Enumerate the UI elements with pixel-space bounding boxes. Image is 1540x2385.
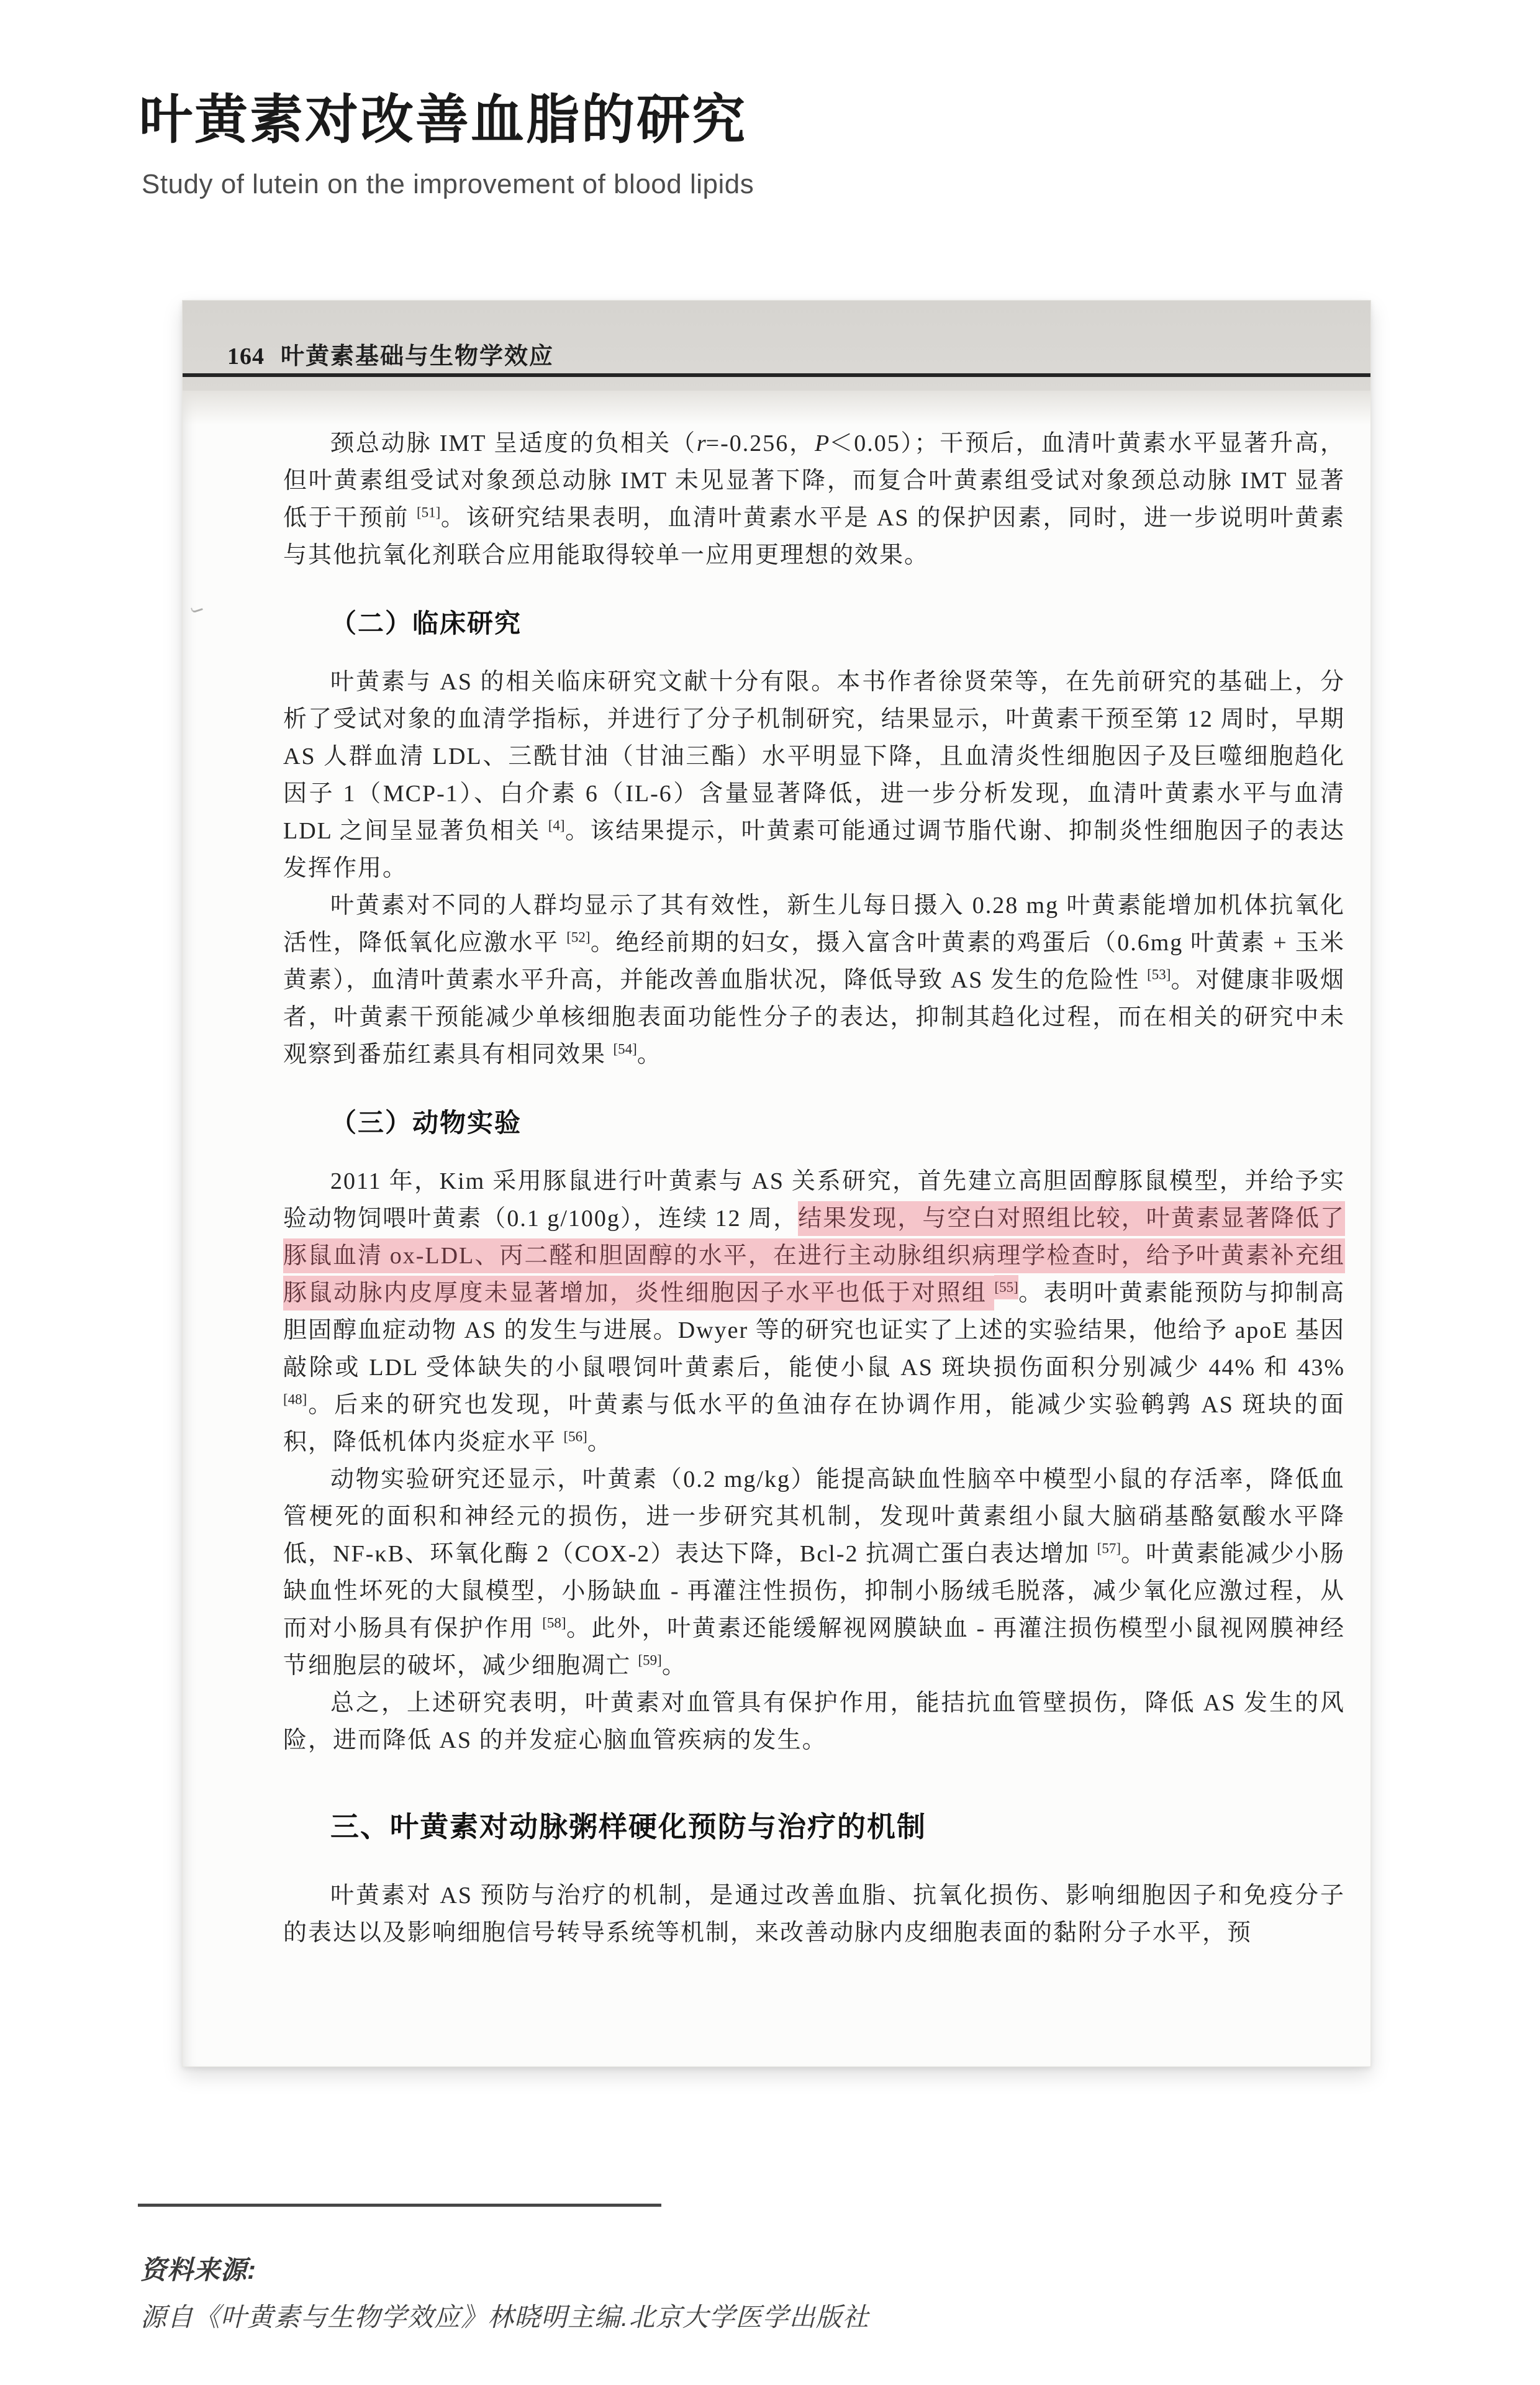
paragraph: 叶黄素与 AS 的相关临床研究文献十分有限。本书作者徐贤荣等，在先前研究的基础上…: [283, 663, 1345, 887]
paragraph: 叶黄素对不同的人群均显示了其有效性，新生儿每日摄入 0.28 mg 叶黄素能增加…: [283, 887, 1345, 1073]
text-segment: P: [815, 430, 829, 457]
page-title: 叶黄素对改善血脂的研究: [139, 87, 747, 154]
reference-marker: [4]: [548, 817, 565, 833]
section-heading: （三）动物实验: [330, 1107, 1345, 1139]
reference-marker: [59]: [638, 1652, 662, 1668]
paragraph: 动物实验研究还显示，叶黄素（0.2 mg/kg）能提高缺血性脑卒中模型小鼠的存活…: [283, 1461, 1345, 1684]
paragraph: 颈总动脉 IMT 呈适度的负相关（r=-0.256，P＜0.05）；干预后，血清…: [283, 425, 1345, 574]
page-subtitle: Study of lutein on the improvement of bl…: [142, 169, 754, 200]
paragraph: 叶黄素对 AS 预防与治疗的机制，是通过改善血脂、抗氧化损伤、影响细胞因子和免疫…: [283, 1877, 1345, 1951]
header-rule: [183, 373, 1370, 377]
reference-marker: [55]: [994, 1275, 1018, 1299]
reference-marker: [48]: [283, 1391, 307, 1407]
text-segment: 。: [637, 1042, 662, 1068]
text-segment: 。: [662, 1653, 687, 1679]
text-segment: 总之，上述研究表明，叶黄素对血管具有保护作用，能拮抗血管壁损伤，降低 AS 发生…: [283, 1690, 1345, 1753]
text-segment: 。该研究结果表明，血清叶黄素水平是 AS 的保护因素，同时，进一步说明叶黄素与其…: [283, 505, 1345, 568]
section-heading: （二）临床研究: [330, 607, 1345, 640]
paragraph: 总之，上述研究表明，叶黄素对血管具有保护作用，能拮抗血管壁损伤，降低 AS 发生…: [283, 1684, 1345, 1759]
book-running-title: 叶黄素基础与生物学效应: [281, 343, 554, 370]
scanned-book-page: 164叶黄素基础与生物学效应 颈总动脉 IMT 呈适度的负相关（r=-0.256…: [182, 300, 1371, 2067]
running-head: 164叶黄素基础与生物学效应: [227, 337, 554, 371]
reference-marker: [57]: [1097, 1540, 1121, 1556]
scan-artifact-mark: [191, 604, 203, 613]
section-heading: 三、叶黄素对动脉粥样硬化预防与治疗的机制: [330, 1809, 1345, 1845]
text-segment: =-0.256，: [706, 430, 815, 457]
paragraph: 2011 年，Kim 采用豚鼠进行叶黄素与 AS 关系研究，首先建立高胆固醇豚鼠…: [283, 1163, 1345, 1461]
reference-marker: [54]: [614, 1041, 637, 1056]
book-page-number: 164: [227, 343, 265, 370]
text-segment: r: [697, 430, 706, 457]
scan-fade: [183, 391, 1370, 425]
source-label: 资料来源:: [140, 2250, 256, 2287]
reference-marker: [58]: [542, 1615, 566, 1630]
book-page-header: 164叶黄素基础与生物学效应: [183, 301, 1370, 391]
source-citation: 源自《叶黄素与生物学效应》林晓明主编.北京大学医学出版社: [140, 2297, 869, 2334]
reference-marker: [53]: [1147, 966, 1171, 982]
text-segment: 叶黄素对 AS 预防与治疗的机制，是通过改善血脂、抗氧化损伤、影响细胞因子和免疫…: [283, 1883, 1345, 1946]
text-segment: 。后来的研究也发现，叶黄素与低水平的鱼油存在协调作用，能减少实验鹌鹑 AS 斑块…: [283, 1392, 1345, 1455]
book-page-body: 颈总动脉 IMT 呈适度的负相关（r=-0.256，P＜0.05）；干预后，血清…: [283, 425, 1345, 1951]
footer-divider: [138, 2204, 661, 2207]
text-segment: 。: [587, 1429, 612, 1455]
page: 叶黄素对改善血脂的研究 Study of lutein on the impro…: [0, 0, 1540, 2385]
reference-marker: [56]: [564, 1429, 587, 1444]
reference-marker: [51]: [417, 504, 440, 520]
text-segment: 颈总动脉 IMT 呈适度的负相关（: [330, 430, 697, 457]
reference-marker: [52]: [566, 929, 590, 945]
